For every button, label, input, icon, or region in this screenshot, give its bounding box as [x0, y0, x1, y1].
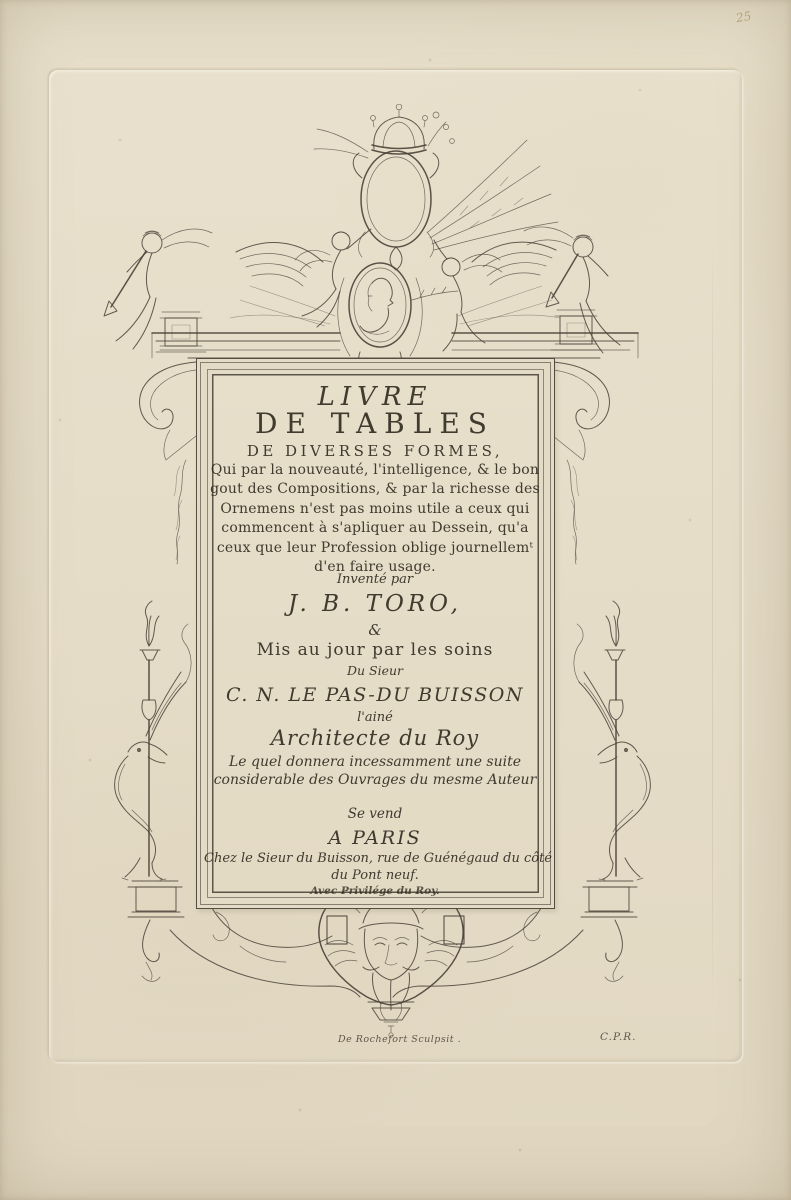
- imprint-address-line2: du Pont neuf.: [204, 868, 546, 883]
- ampersand-flourish: &: [204, 621, 546, 639]
- description-line: commencent à s'apliquer au Dessein, qu'a: [204, 519, 546, 538]
- bottom-apron-left: [170, 908, 360, 997]
- forthcoming-note-line1: Le quel donnera incessamment une suite: [204, 754, 546, 770]
- torch-dragon-left: [115, 601, 191, 981]
- sold-label: Se vend: [204, 806, 546, 822]
- publisher-name: C. N. LE PAS-DU BUISSON: [204, 684, 546, 706]
- cornice: [152, 315, 638, 358]
- publisher-title: Architecte du Roy: [204, 726, 546, 750]
- description-line: Ornemens n'est pas moins utile a ceux qu…: [204, 500, 546, 519]
- description-line: gout des Compositions, & par la richesse…: [204, 480, 546, 499]
- putto-left-shield: [295, 229, 371, 327]
- crown-icon: [371, 104, 455, 154]
- mascaron: [319, 901, 464, 1037]
- trumpeter-putto-right: [524, 227, 620, 353]
- description-paragraph: Qui par la nouveauté, l'intelligence, & …: [204, 461, 546, 577]
- published-by-line: Mis au jour par les soins: [204, 640, 546, 660]
- forthcoming-note-line2: considerable des Ouvrages du mesme Auteu…: [204, 772, 546, 788]
- engraver-signature: De Rochefort Sculpsit .: [338, 1034, 461, 1045]
- description-line: Qui par la nouveauté, l'intelligence, & …: [204, 461, 546, 480]
- imprint-city: A PARIS: [204, 827, 546, 849]
- book-title-line2: DE TABLES: [204, 407, 546, 440]
- paper-sheet: LIVRE DE TABLES DE DIVERSES FORMES, Qui …: [0, 0, 791, 1200]
- bottom-apron-right: [393, 908, 583, 997]
- handwritten-collection-number: 25: [735, 9, 752, 25]
- monogram-signature: C.P.R.: [600, 1031, 637, 1043]
- eagle-wing-right: [458, 242, 556, 326]
- escutcheon-cartouche: [353, 151, 438, 270]
- description-line: ceux que leur Profession oblige journell…: [204, 539, 546, 558]
- palm-fronds: [314, 129, 558, 250]
- author-name: J. B. TORO,: [204, 591, 546, 617]
- privilege-line: Avec Privilége du Roy.: [204, 885, 546, 897]
- console-volute-right: [553, 362, 609, 564]
- console-volute-left: [140, 362, 196, 564]
- imprint-address-line1: Chez le Sieur du Buisson, rue de Guénéga…: [204, 851, 546, 866]
- putto-right-shield: [434, 240, 502, 351]
- eagle-wing-left: [236, 243, 335, 326]
- elder-label: l'ainé: [204, 710, 546, 725]
- sieur-label: Du Sieur: [204, 663, 546, 678]
- invented-by-label: Inventé par: [204, 572, 546, 587]
- torch-dragon-right: [574, 601, 650, 981]
- book-title-line3: DE DIVERSES FORMES,: [204, 442, 546, 460]
